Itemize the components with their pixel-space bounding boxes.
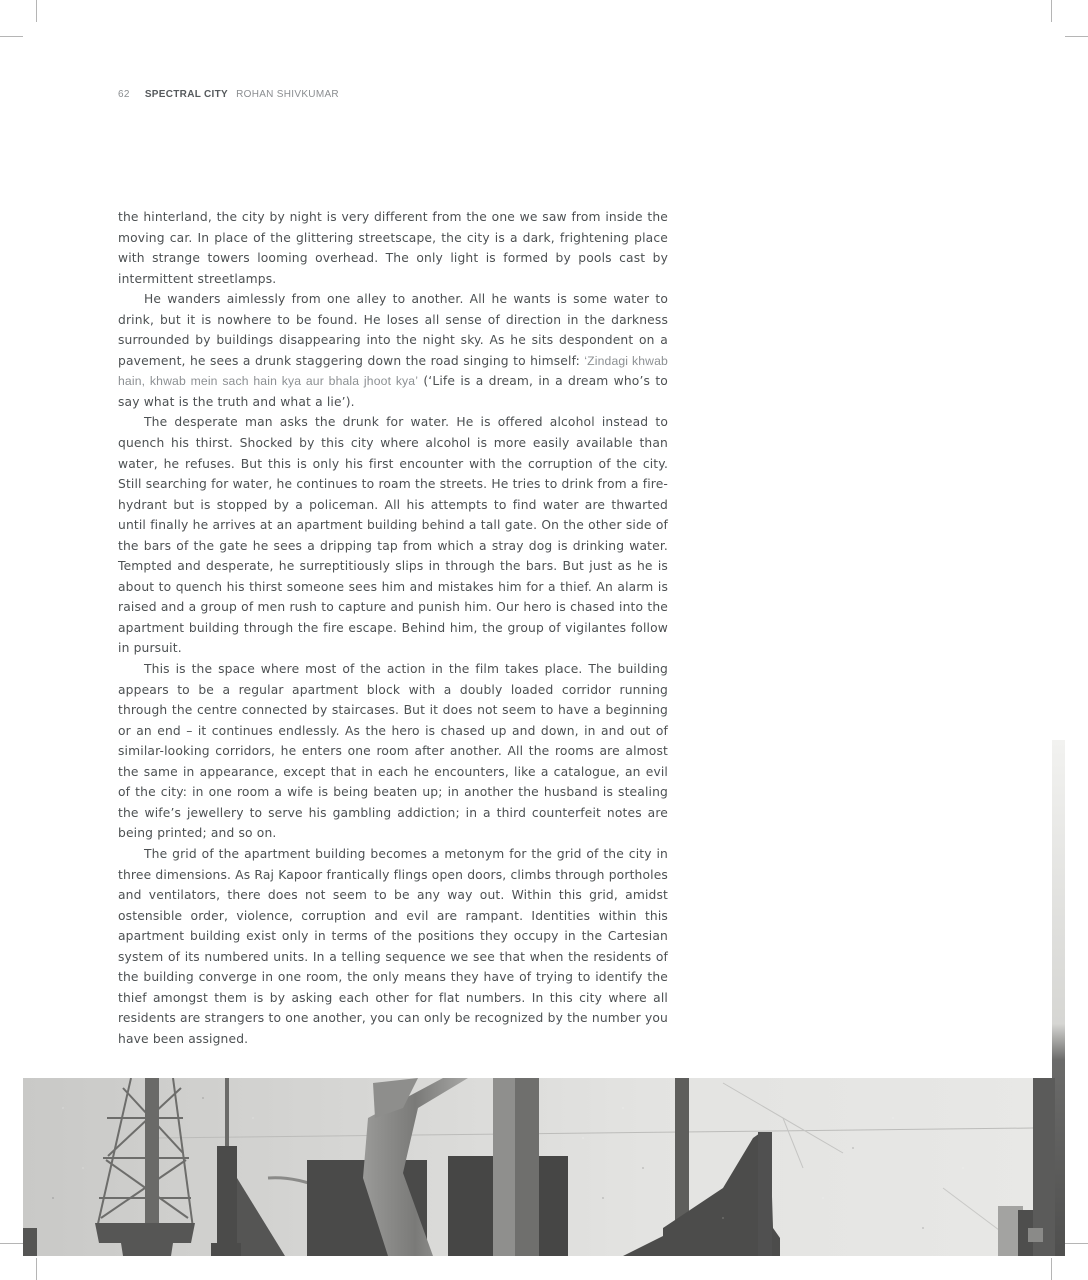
crop-mark-bottom-right-horizontal (1065, 1243, 1088, 1244)
paragraph-5: The grid of the apartment building becom… (118, 844, 668, 1049)
paragraph-2: He wanders aimlessly from one alley to a… (118, 289, 668, 412)
crop-mark-top-right-vertical (1051, 0, 1052, 22)
crop-mark-top-left-horizontal (0, 36, 23, 37)
crop-mark-top-left-vertical (36, 0, 37, 22)
running-head: 62 SPECTRAL CITY ROHAN SHIVKUMAR (118, 89, 339, 100)
paragraph-1: the hinterland, the city by night is ver… (118, 207, 668, 289)
series-title: SPECTRAL CITY (145, 89, 228, 100)
crop-mark-bottom-left-vertical (36, 1258, 37, 1280)
crop-mark-bottom-right-vertical (1051, 1258, 1052, 1280)
body-text: the hinterland, the city by night is ver… (118, 207, 668, 1049)
author-name: ROHAN SHIVKUMAR (236, 89, 339, 100)
crop-mark-top-right-horizontal (1065, 36, 1088, 37)
paragraph-4: This is the space where most of the acti… (118, 659, 668, 844)
paragraph-3: The desperate man asks the drunk for wat… (118, 412, 668, 659)
page-number: 62 (118, 89, 130, 100)
film-still-image (23, 1078, 1055, 1256)
crop-mark-bottom-left-horizontal (0, 1243, 23, 1244)
